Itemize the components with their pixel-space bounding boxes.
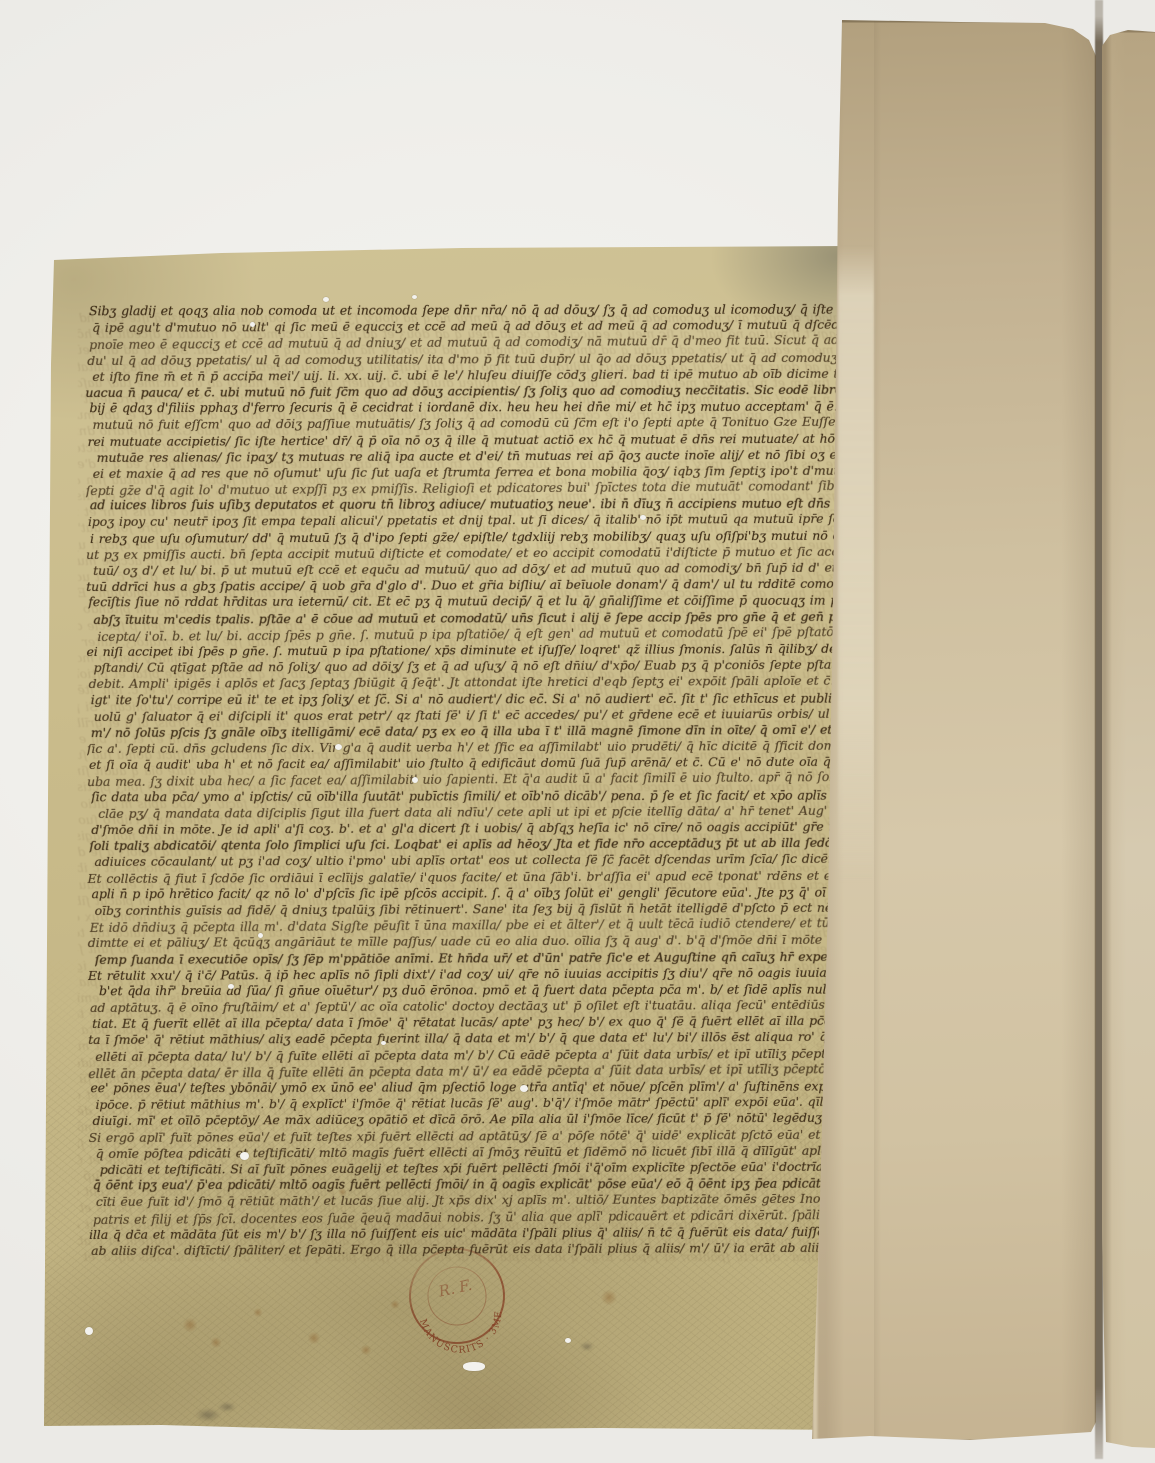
parchment-hole [258,933,263,938]
foxing-stain [338,1188,347,1196]
facing-page-edge [810,20,1102,1442]
parchment-hole [85,1327,93,1335]
parchment-hole [240,1152,249,1160]
manuscript-line: ipōce. p̄ rētiut māthius m'. b'/ q̄ expl… [95,1094,883,1114]
manuscript-line: ſemp ſuanda ī executiōe opīs/ ſʒ ſēp m'p… [95,948,883,968]
page-gutter-shadow [1095,0,1103,1459]
parchment-hole [640,515,646,520]
manuscript-line: tuū/ oʒ d'/ et lu/ bi. p̄ ut mutuū eſt c… [93,560,881,580]
parchment-hole [565,1338,571,1343]
parchment-hole [381,1041,386,1045]
manuscript-line: ad aptātuʒ. q̄ ē oīno fruſtāim/ et a' ſe… [90,997,883,1017]
foxing-stain [307,1332,321,1344]
stamp-center-text: R. F. [436,1276,474,1301]
manuscript-line: clāe pʒ/ q̄ mandata data diſciplis ſigut… [98,802,882,822]
manuscript-line: q̄ omīe pōſtea pdicāti et teſtificāti/ m… [96,1142,884,1162]
parchment-hole [323,297,329,302]
manuscript-scan: Sibʒ gladij et qoqʒ alia nob comoda ut e… [0,0,1155,1463]
manuscript-text-block: Sibʒ gladij et qoqʒ alia nob comoda ut e… [85,301,884,1260]
parchment-tear [463,1362,485,1371]
foxing-stain [182,1318,198,1332]
parchment-hole [412,777,418,783]
foxing-stain [600,1290,618,1305]
parchment-hole [412,295,417,299]
foxing-stain [253,1308,263,1317]
underlying-page-edge [1102,30,1155,1450]
ink-smudge [580,1342,594,1351]
manuscript-line: mutuū nō fuit eſſcm' quo ad dōiʒ paſſiue… [92,414,880,434]
parchment-hole [228,984,234,989]
ink-smudge [195,1408,221,1422]
foxing-stain [210,1337,222,1348]
foxing-stain [360,1345,372,1355]
manuscript-line: ipoʒ ipoy cu' neutr̄ ipoʒ ſit empa tepal… [88,511,881,531]
parchment-hole [520,1085,528,1092]
ink-smudge [218,1402,236,1412]
manuscript-line: debit. Ampli' ipigēs i aplōs et ſacʒ ſep… [89,673,882,693]
parchment-hole [335,744,342,750]
parchment-hole [250,322,255,327]
parchment-page: Sibʒ gladij et qoqʒ alia nob comoda ut e… [42,244,848,1430]
library-stamp: MANUSCRITS · 3ME SECTION R. F. [394,1233,520,1359]
